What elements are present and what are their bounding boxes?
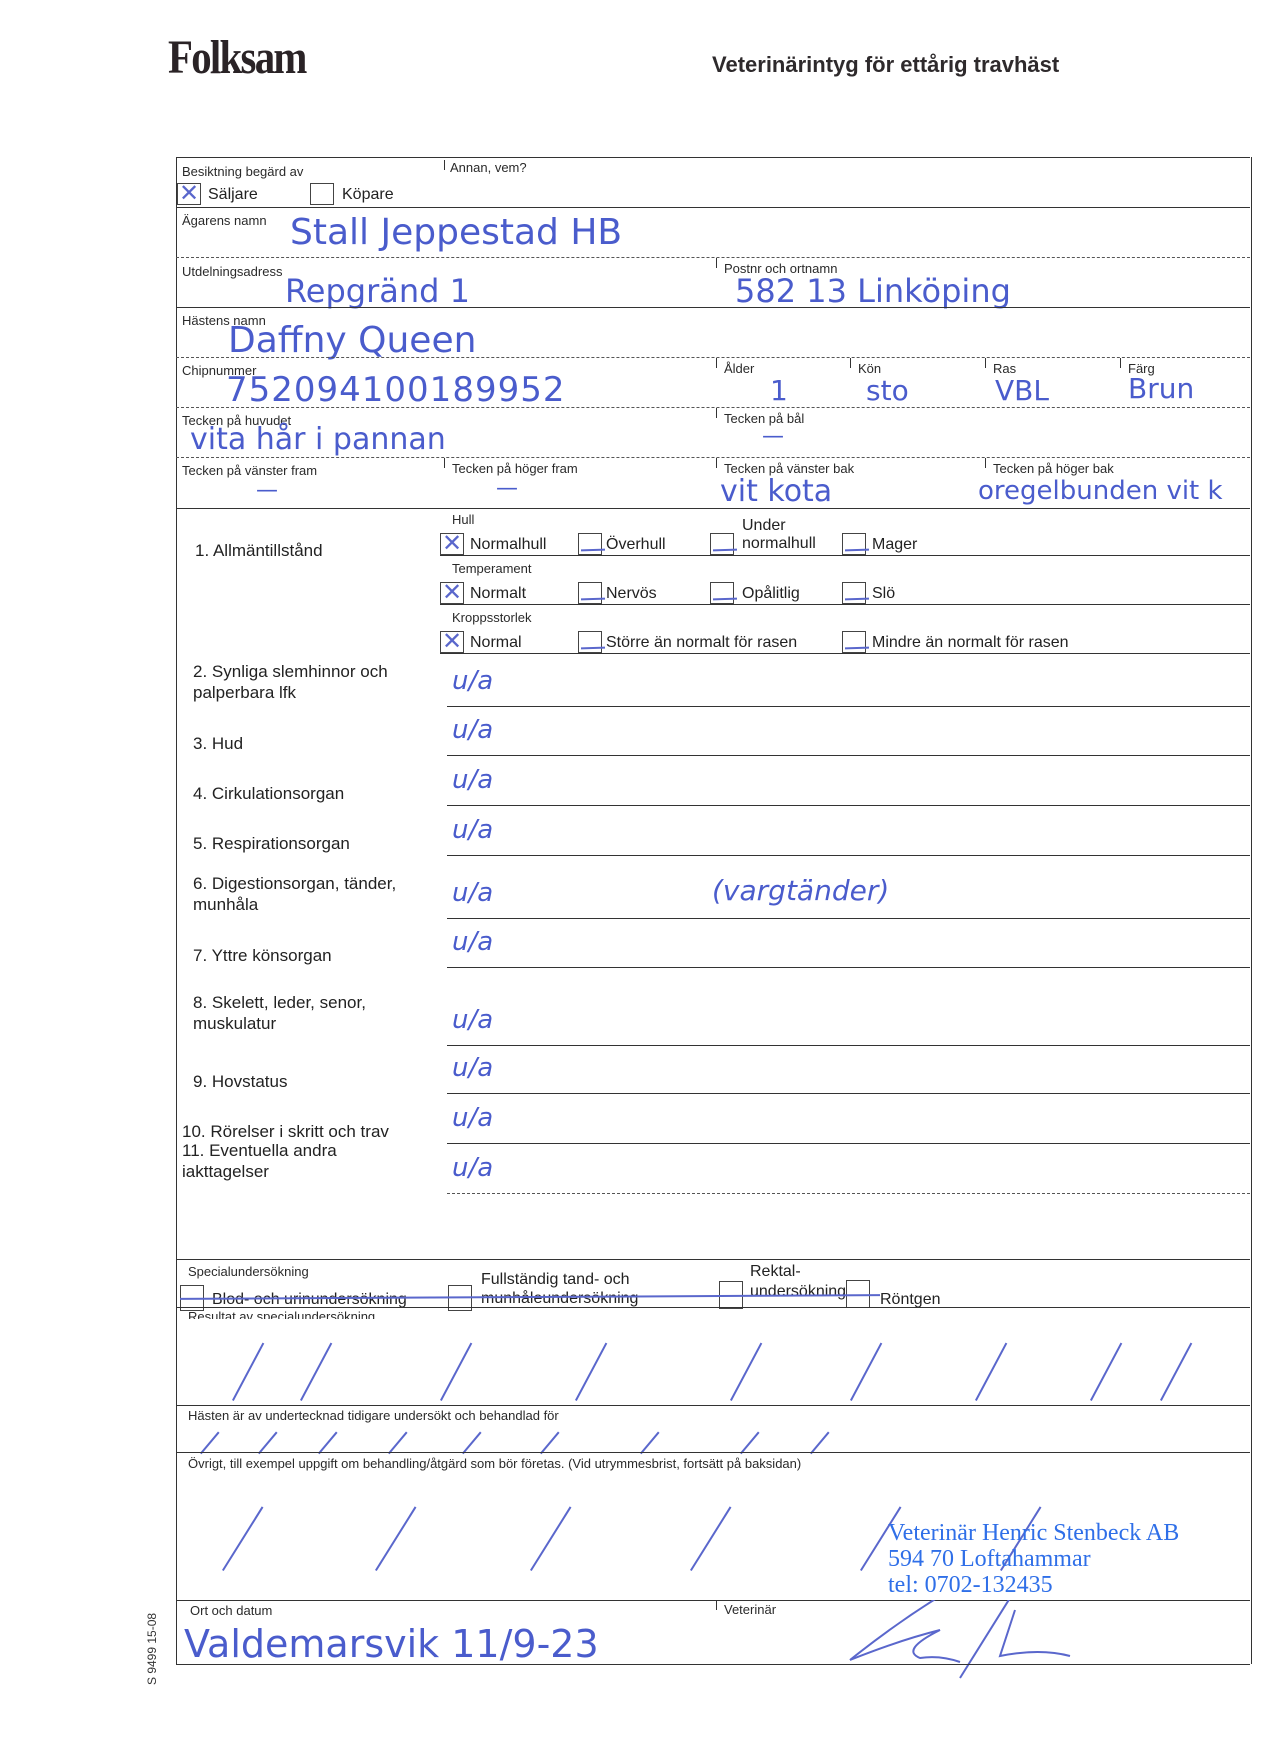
field-tick [716, 358, 717, 368]
left-hind-value[interactable]: vit kota [720, 474, 832, 509]
divider [176, 257, 1250, 258]
option-checkbox[interactable] [842, 582, 866, 604]
exam-item-value[interactable]: u/a [452, 765, 493, 795]
form-code: S 9499 15-08 [145, 1613, 159, 1685]
option-checkbox[interactable] [842, 533, 866, 555]
option-label: Större än normalt för rasen [606, 634, 797, 652]
postal-value[interactable]: 582 13 Linköping [735, 272, 1011, 310]
field-tick [1120, 358, 1121, 368]
divider [176, 357, 1250, 358]
dash-mark-icon [713, 549, 737, 552]
divider [176, 407, 1250, 408]
exam-item-label: 4. Cirkulationsorgan [193, 783, 344, 804]
place-date-label: Ort och datum [190, 1603, 272, 1618]
field-tick [985, 358, 986, 368]
divider [447, 1193, 1250, 1194]
check-x-icon: ✕ [441, 628, 463, 656]
dash-mark-icon [581, 549, 605, 552]
previous-treatment-label: Hästen är av undertecknad tidigare under… [188, 1408, 559, 1423]
divider [447, 967, 1250, 968]
buyer-checkbox[interactable] [310, 183, 334, 205]
dash-mark-icon [845, 598, 869, 601]
field-tick [444, 160, 445, 170]
option-label: Under normalhull [742, 517, 816, 553]
right-hind-label: Tecken på höger bak [993, 461, 1114, 476]
group-title: Temperament [452, 561, 531, 576]
age-label: Ålder [724, 361, 754, 376]
exam-item-value[interactable]: u/a [452, 815, 493, 845]
exam-item-value[interactable]: u/a [452, 1103, 493, 1133]
owner-name-value[interactable]: Stall Jeppestad HB [290, 212, 622, 253]
option-label: Normalt [470, 585, 526, 603]
document-title: Veterinärintyg för ettårig travhäst [712, 52, 1059, 78]
exam-item-value[interactable]: u/a [452, 1053, 493, 1083]
owner-name-label: Ägarens namn [182, 213, 267, 228]
exam-item-label: 5. Respirationsorgan [193, 833, 350, 854]
field-tick [444, 458, 445, 468]
chip-value[interactable]: 752094100189952 [226, 370, 565, 410]
group-title: Kroppsstorlek [452, 610, 531, 625]
exam-item-value[interactable]: u/a [452, 666, 493, 696]
exam-item-value[interactable]: u/a [452, 927, 493, 957]
vet-label: Veterinär [724, 1602, 776, 1617]
right-hind-value[interactable]: oregelbunden vit k [978, 476, 1223, 506]
seller-checkbox[interactable]: ✕ [177, 183, 201, 205]
exam-item-label: 2. Synliga slemhinnor och palperbara lfk [193, 661, 388, 703]
option-label: Mager [872, 536, 917, 554]
exam-item-label: 6. Digestionsorgan, tänder, munhåla [193, 873, 396, 915]
option-checkbox[interactable] [578, 582, 602, 604]
head-marks-value[interactable]: vita hår i pannan [190, 422, 446, 457]
exam-item-note[interactable]: (vargtänder) [712, 874, 889, 907]
option-checkbox[interactable]: ✕ [440, 533, 464, 555]
request-label: Besiktning begärd av [182, 164, 303, 179]
option-label: Nervös [606, 585, 657, 603]
option-label: Normalhull [470, 536, 546, 554]
stamp-line: Veterinär Henric Stenbeck AB [888, 1520, 1179, 1546]
option-checkbox[interactable] [578, 631, 602, 653]
option-label: Normal [470, 634, 522, 652]
general-condition-label: 1. Allmäntillstånd [195, 540, 323, 561]
buyer-label: Köpare [342, 186, 394, 204]
address-value[interactable]: Repgränd 1 [285, 272, 470, 310]
dash-mark-icon [845, 647, 869, 650]
option-checkbox[interactable]: ✕ [440, 631, 464, 653]
dash-mark-icon [713, 598, 737, 601]
stamp-line: tel: 0702-132435 [888, 1572, 1179, 1598]
divider [176, 157, 1250, 158]
divider [440, 653, 1250, 654]
field-tick [716, 1600, 717, 1610]
divider [447, 706, 1250, 707]
address-label: Utdelningsadress [182, 264, 282, 279]
body-marks-value[interactable]: — [762, 424, 784, 449]
divider [176, 1307, 1250, 1308]
divider [176, 307, 1250, 308]
option-checkbox[interactable]: ✕ [440, 582, 464, 604]
exam-item-label: 8. Skelett, leder, senor, muskulatur [193, 992, 366, 1034]
stamp-line: 594 70 Loftahammar [888, 1546, 1179, 1572]
option-label: Slö [872, 585, 895, 603]
age-value[interactable]: 1 [770, 374, 788, 407]
place-date-value[interactable]: Valdemarsvik 11/9-23 [184, 1622, 599, 1666]
divider [440, 604, 1250, 605]
divider [447, 805, 1250, 806]
exam-item-value[interactable]: u/a [452, 715, 493, 745]
option-label: Överhull [606, 536, 666, 554]
breed-value[interactable]: VBL [995, 374, 1049, 407]
field-tick [716, 408, 717, 418]
exam-item-label: 7. Yttre könsorgan [193, 945, 332, 966]
divider [176, 207, 1250, 208]
right-front-value[interactable]: — [496, 476, 518, 501]
check-x-icon: ✕ [441, 530, 463, 558]
color-value[interactable]: Brun [1128, 372, 1194, 405]
horse-name-value[interactable]: Daffny Queen [228, 320, 476, 361]
divider [447, 1045, 1250, 1046]
exam-item-value[interactable]: u/a [452, 878, 493, 908]
option-checkbox[interactable] [578, 533, 602, 555]
option-checkbox[interactable] [710, 533, 734, 555]
group-title: Hull [452, 512, 474, 527]
folksam-logo: Folksam [168, 30, 306, 85]
divider [176, 508, 1250, 509]
sex-value[interactable]: sto [866, 374, 909, 407]
divider [440, 555, 1250, 556]
exam-item-label: 11. Eventuella andra iakttagelser [182, 1140, 337, 1182]
left-front-value[interactable]: — [256, 478, 278, 503]
vet-stamp: Veterinär Henric Stenbeck AB 594 70 Loft… [888, 1520, 1179, 1598]
right-front-label: Tecken på höger fram [452, 461, 578, 476]
divider [176, 1664, 1250, 1665]
exam-item-label: 3. Hud [193, 733, 243, 754]
left-front-label: Tecken på vänster fram [182, 463, 317, 478]
divider [176, 457, 1250, 458]
option-checkbox[interactable] [710, 582, 734, 604]
field-tick [985, 458, 986, 468]
divider [447, 755, 1250, 756]
divider [447, 918, 1250, 919]
vet-signature[interactable] [840, 1600, 1120, 1680]
seller-label: Säljare [208, 186, 258, 204]
divider [176, 1452, 1250, 1453]
dash-mark-icon [581, 647, 605, 650]
special-exam-label: Specialundersökning [188, 1264, 309, 1279]
field-tick [850, 358, 851, 368]
option-checkbox[interactable] [842, 631, 866, 653]
divider [447, 855, 1250, 856]
check-x-icon: ✕ [178, 180, 200, 208]
exam-item-value[interactable]: u/a [452, 1005, 493, 1035]
check-x-icon: ✕ [441, 579, 463, 607]
dash-mark-icon [845, 549, 869, 552]
option-label: Mindre än normalt för rasen [872, 634, 1069, 652]
exam-item-label: 9. Hovstatus [193, 1071, 288, 1092]
divider [447, 1143, 1250, 1144]
other-notes-label: Övrigt, till exempel uppgift om behandli… [188, 1456, 801, 1471]
divider [176, 1259, 1250, 1260]
divider [176, 1405, 1250, 1406]
special-result-label: Resultat av specialundersökning [188, 1309, 375, 1319]
option-label: Opålitlig [742, 585, 800, 603]
dash-mark-icon [581, 598, 605, 601]
exam-item-label: 10. Rörelser i skritt och trav [182, 1121, 389, 1142]
dental-label: Fullständig tand- och munhåleundersöknin… [481, 1270, 638, 1308]
divider [447, 1093, 1250, 1094]
exam-item-value[interactable]: u/a [452, 1153, 493, 1183]
field-tick [716, 458, 717, 468]
other-requester-label: Annan, vem? [450, 160, 527, 175]
field-tick [716, 258, 717, 268]
